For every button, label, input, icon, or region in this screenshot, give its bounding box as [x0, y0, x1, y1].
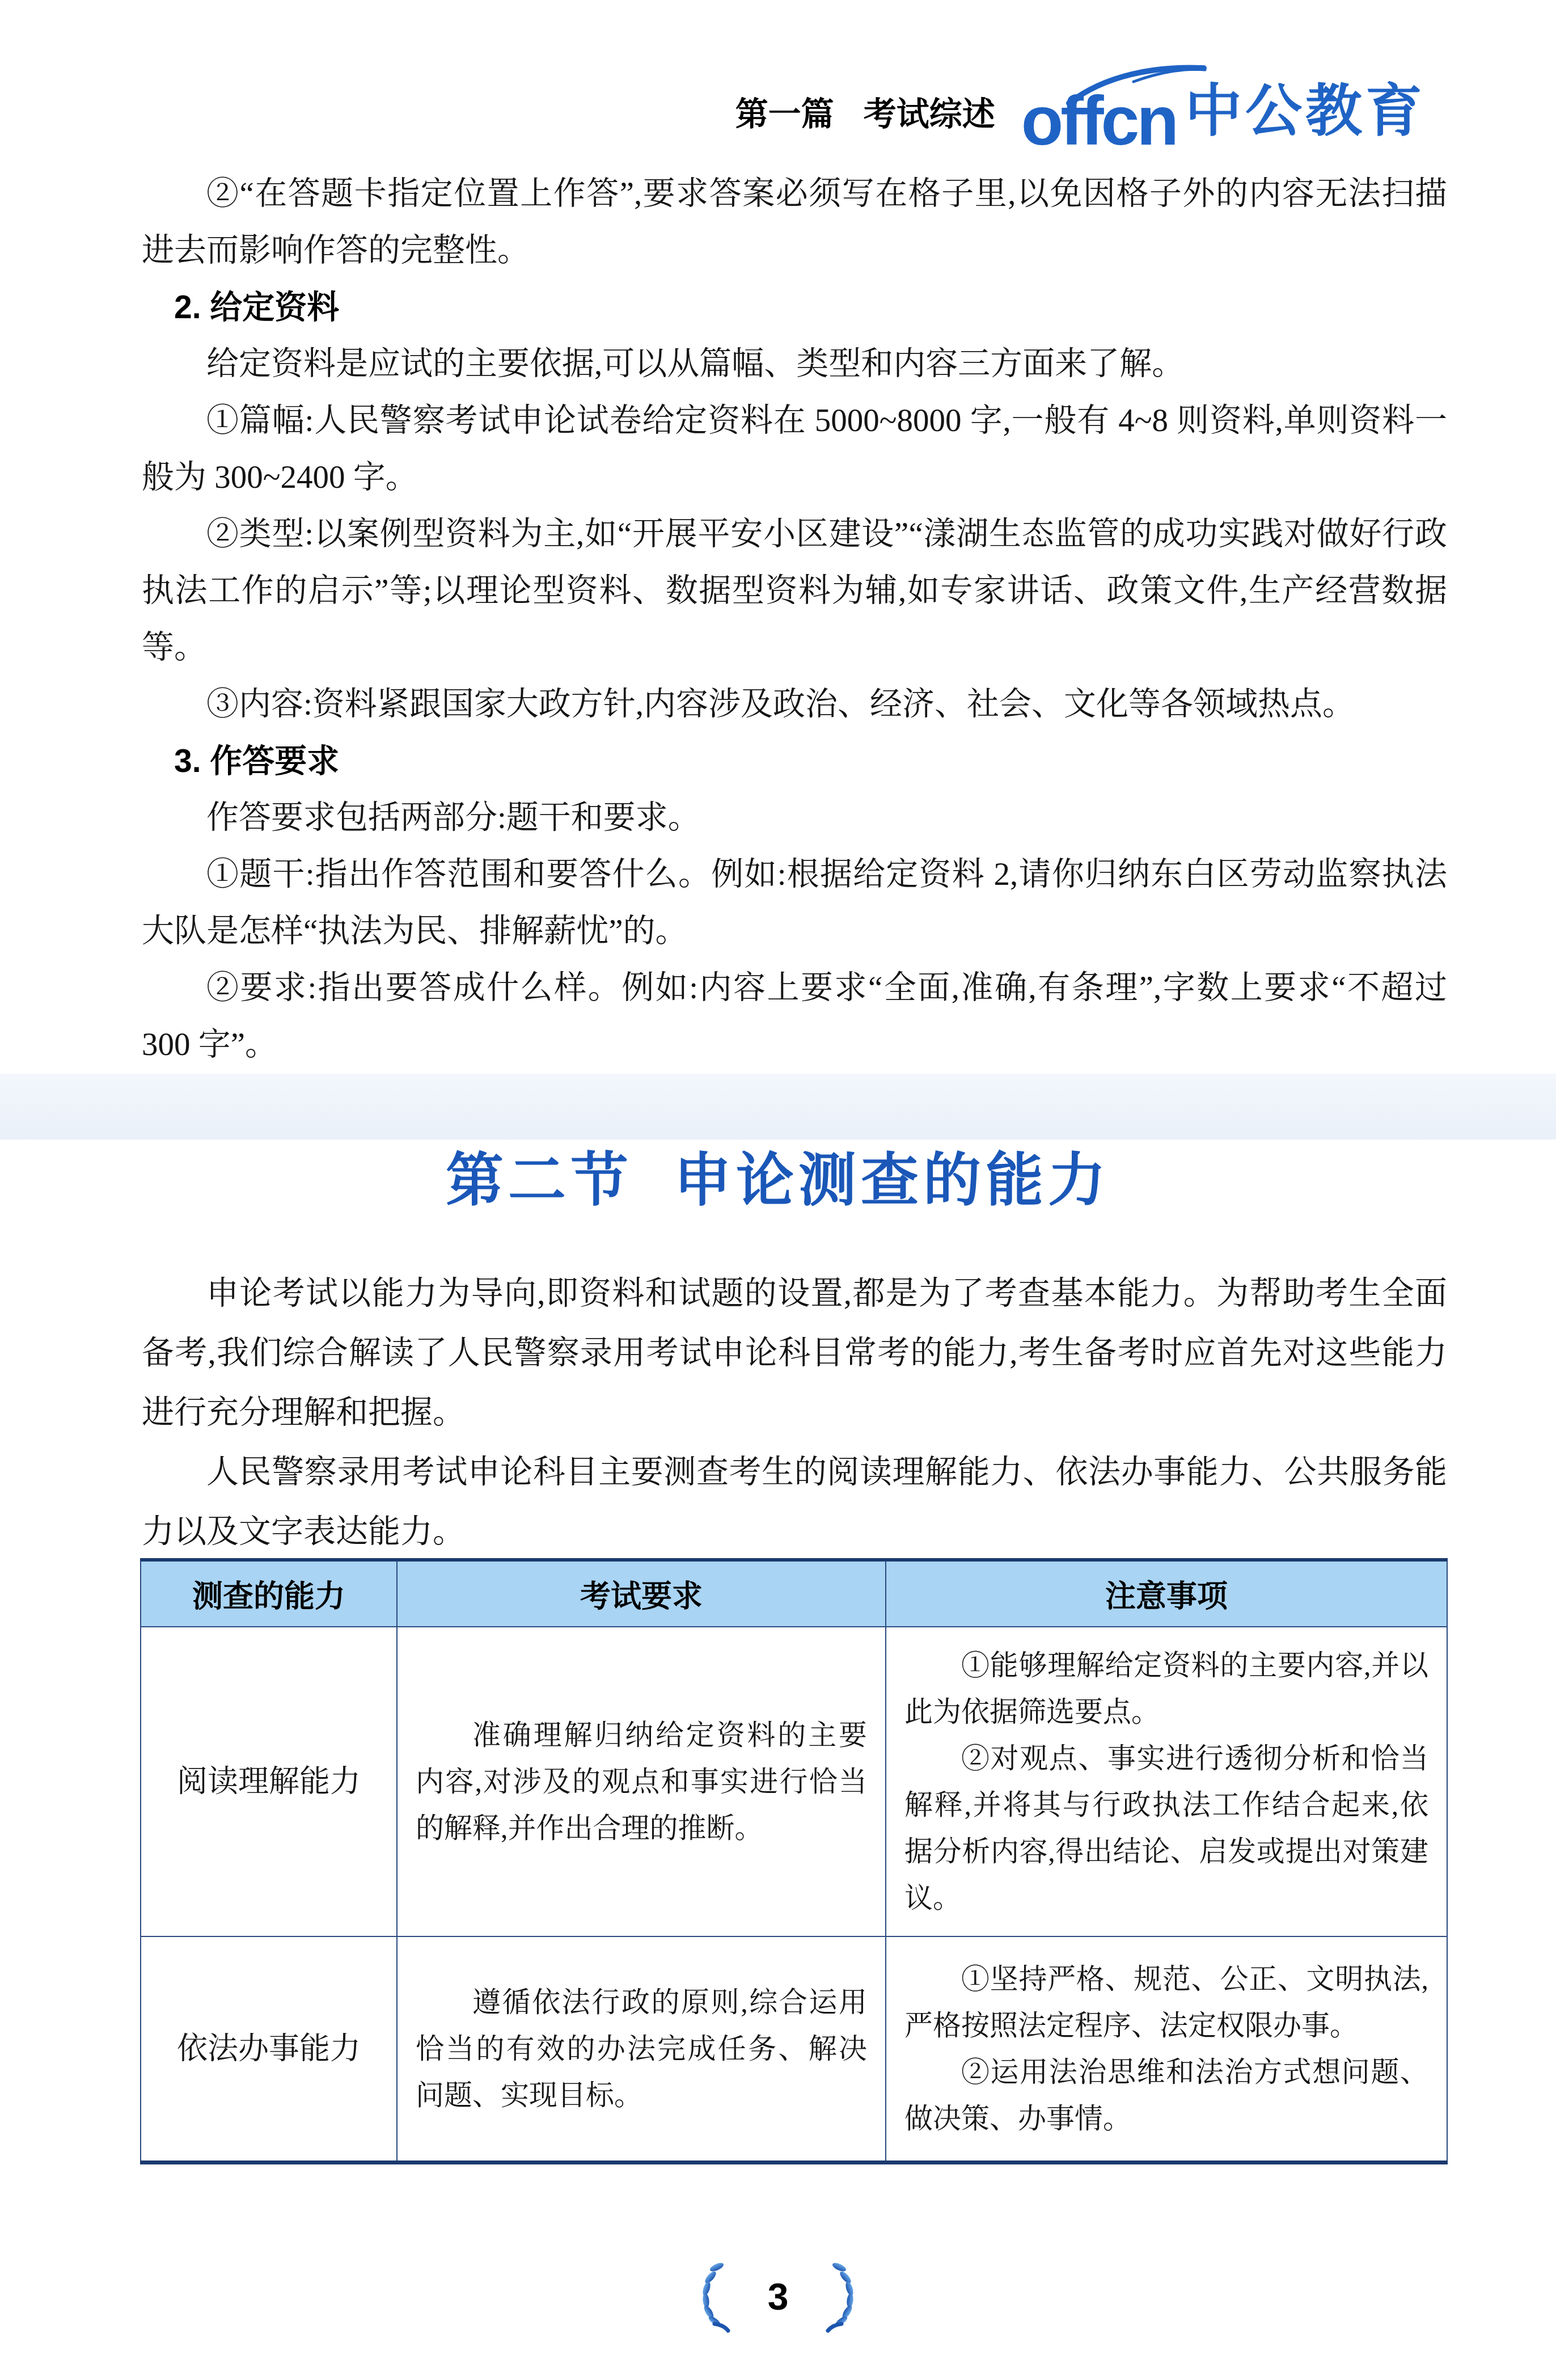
- page-number: 3: [768, 2278, 789, 2315]
- subsection-heading-answer-requirements: 3. 作答要求: [142, 733, 1447, 790]
- note-item-1: ①坚持严格、规范、公正、文明执法,严格按照法定程序、法定权限办事。: [904, 1956, 1428, 2049]
- table-header-notes: 注意事项: [886, 1560, 1447, 1627]
- paragraph-requirement: ②要求:指出要答成什么样。例如:内容上要求“全面,准确,有条理”,字数上要求“不…: [142, 960, 1447, 1073]
- cell-notes-lawful: ①坚持严格、规范、公正、文明执法,严格按照法定程序、法定权限办事。 ②运用法治思…: [886, 1936, 1447, 2163]
- offcn-wordmark: offcn: [1021, 67, 1176, 155]
- paragraph-materials-intro: 给定资料是应试的主要依据,可以从篇幅、类型和内容三方面来了解。: [142, 336, 1447, 393]
- paragraph-section2-abilities: 人民警察录用考试申论科目主要测查考生的阅读理解能力、依法办事能力、公共服务能力以…: [142, 1442, 1447, 1562]
- paragraph-section2-lead: 申论考试以能力为导向,即资料和试题的设置,都是为了考查基本能力。为帮助考生全面备…: [142, 1264, 1447, 1442]
- paragraph-stem: ①题干:指出作答范围和要答什么。例如:根据给定资料 2,请你归纳东白区劳动监察执…: [142, 846, 1447, 960]
- abilities-table: 测查的能力 考试要求 注意事项 阅读理解能力 准确理解归纳给定资料的主要内容,对…: [140, 1558, 1448, 2164]
- section-number: 第二节: [446, 1148, 633, 1213]
- paragraph-requirements-intro: 作答要求包括两部分:题干和要求。: [142, 790, 1447, 846]
- paragraph-length: ①篇幅:人民警察考试申论试卷给定资料在 5000~8000 字,一般有 4~8 …: [142, 393, 1447, 506]
- table-header-row: 测查的能力 考试要求 注意事项: [141, 1560, 1447, 1627]
- page-header: 第一篇 考试综述 offcn 中公教育: [735, 67, 1426, 155]
- section-shade-band: [0, 1074, 1556, 1140]
- paragraph-answer-card: ②“在答题卡指定位置上作答”,要求答案必须写在格子里,以免因格子外的内容无法扫描…: [142, 166, 1447, 279]
- paragraph-type: ②类型:以案例型资料为主,如“开展平安小区建设”“漾湖生态监管的成功实践对做好行…: [142, 506, 1447, 676]
- laurel-left-icon: [688, 2260, 730, 2333]
- cell-notes-reading: ①能够理解给定资料的主要内容,并以此为依据筛选要点。 ②对观点、事实进行透彻分析…: [886, 1627, 1447, 1936]
- logo-chinese-text: 中公教育: [1185, 83, 1426, 140]
- subsection-heading-given-materials: 2. 给定资料: [142, 279, 1447, 336]
- chapter-title: 考试综述: [864, 87, 995, 135]
- book-page: 第一篇 考试综述 offcn 中公教育 ②“在答题卡指定位置上作答”,要求答案必…: [0, 0, 1556, 2380]
- chapter-label: 第一篇: [735, 87, 834, 135]
- table-header-ability: 测查的能力: [141, 1560, 397, 1627]
- note-item-1: ①能够理解给定资料的主要内容,并以此为依据筛选要点。: [904, 1642, 1428, 1735]
- cell-requirement-reading: 准确理解归纳给定资料的主要内容,对涉及的观点和事实进行恰当的解释,并作出合理的推…: [397, 1627, 886, 1936]
- brand-logo: offcn 中公教育: [1021, 67, 1426, 155]
- table-row-lawful-work: 依法办事能力 遵循依法行政的原则,综合运用恰当的有效的办法完成任务、解决问题、实…: [141, 1936, 1447, 2163]
- requirement-text: 遵循依法行政的原则,综合运用恰当的有效的办法完成任务、解决问题、实现目标。: [416, 1979, 867, 2119]
- section-title-text: 申论测查的能力: [674, 1148, 1110, 1213]
- table-header-exam-requirement: 考试要求: [397, 1560, 886, 1627]
- note-item-2: ②对观点、事实进行透彻分析和恰当解释,并将其与行政执法工作结合起来,依据分析内容…: [904, 1735, 1428, 1921]
- table-row-reading-comprehension: 阅读理解能力 准确理解归纳给定资料的主要内容,对涉及的观点和事实进行恰当的解释,…: [141, 1627, 1447, 1936]
- cell-ability-lawful: 依法办事能力: [141, 1936, 397, 2163]
- laurel-right-icon: [826, 2260, 868, 2333]
- logo-swoosh-icon: [1065, 62, 1207, 107]
- cell-ability-reading: 阅读理解能力: [141, 1627, 397, 1936]
- requirement-text: 准确理解归纳给定资料的主要内容,对涉及的观点和事实进行恰当的解释,并作出合理的推…: [416, 1712, 867, 1851]
- section-title: 第二节申论测查的能力: [0, 1143, 1556, 1217]
- note-item-2: ②运用法治思维和法治方式想问题、做决策、办事情。: [904, 2049, 1428, 2142]
- content-part2: 申论考试以能力为导向,即资料和试题的设置,都是为了考查基本能力。为帮助考生全面备…: [142, 1264, 1447, 1562]
- content-part1: ②“在答题卡指定位置上作答”,要求答案必须写在格子里,以免因格子外的内容无法扫描…: [142, 166, 1447, 1073]
- cell-requirement-lawful: 遵循依法行政的原则,综合运用恰当的有效的办法完成任务、解决问题、实现目标。: [397, 1936, 886, 2163]
- page-footer: 3: [0, 2260, 1556, 2333]
- running-head: 第一篇 考试综述: [735, 87, 995, 135]
- paragraph-content: ③内容:资料紧跟国家大政方针,内容涉及政治、经济、社会、文化等各领域热点。: [142, 676, 1447, 733]
